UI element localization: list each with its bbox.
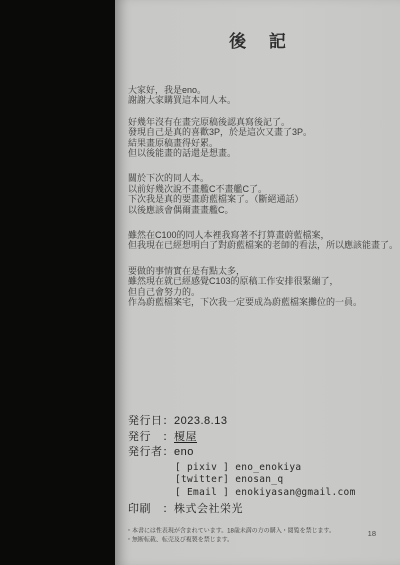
- contact-twitter: [twitter] enosan_q: [175, 474, 392, 487]
- disclaimer-note: ・本書には性表現が含まれています。18歳未満の方の購入・閲覧を禁じます。: [126, 527, 367, 535]
- colophon-label: 発行日：: [128, 414, 174, 430]
- page-title: 後 記: [115, 0, 400, 52]
- contact-pixiv: [ pixiv ] eno_enokiya: [175, 462, 392, 475]
- colophon-row-publish-date: 発行日：2023.8.13: [128, 414, 392, 430]
- scan-border-left: [0, 0, 115, 565]
- paragraph: 關於下次的同人本。 以前好幾次說不畫艦C不畫艦C了。 下次我是真的要畫蔚藍檔案了…: [128, 173, 392, 215]
- colophon-label: 発行 ：: [128, 430, 174, 446]
- text-line: 作為蔚藍檔案宅，下次我一定要成為蔚藍檔案攤位的一員。: [128, 297, 392, 307]
- contact-list: [ pixiv ] eno_enokiya [twitter] enosan_q…: [175, 462, 392, 500]
- text-line: 關於下次的同人本。: [128, 173, 392, 183]
- colophon-value: 株式会社栄光: [174, 502, 243, 518]
- colophon: 発行日：2023.8.13 発行 ：榎屋 発行者：eno [ pixiv ] e…: [128, 414, 392, 518]
- text-line: 要做的事情實在是有點太多，: [128, 266, 392, 276]
- text-line: 雖然在C100的同人本裡我寫著不打算畫蔚藍檔案，: [128, 230, 392, 240]
- colophon-row-printer: 印刷 ：株式会社栄光: [128, 502, 392, 518]
- footer-disclaimer: ・本書には性表現が含まれています。18歳未満の方の購入・閲覧を禁じます。 ・無断…: [126, 527, 388, 545]
- text-line: 但自己會努力的。: [128, 287, 392, 297]
- text-line: 好幾年沒有在畫完原稿後認真寫後記了。: [128, 117, 392, 127]
- paragraph: 大家好，我是eno。 謝謝大家購買這本同人本。: [128, 85, 392, 106]
- paragraph: 雖然在C100的同人本裡我寫著不打算畫蔚藍檔案， 但我現在已經想明白了對蔚藍檔案…: [128, 230, 392, 251]
- paragraph: 好幾年沒有在畫完原稿後認真寫後記了。 發現自己是真的喜歡3P，於是這次又畫了3P…: [128, 117, 392, 159]
- page-number: 18: [368, 529, 376, 538]
- text-line: 謝謝大家購買這本同人本。: [128, 95, 392, 105]
- contact-email: [ Email ] enokiyasan@gmail.com: [175, 487, 392, 500]
- disclaimer-note: ・無断転載、転売及び複製を禁じます。: [126, 536, 367, 544]
- colophon-row-author: 発行者：eno: [128, 445, 392, 461]
- colophon-label: 発行者：: [128, 445, 174, 461]
- text-line: 以前好幾次說不畫艦C不畫艦C了。: [128, 184, 392, 194]
- colophon-value: 榎屋: [174, 430, 197, 446]
- scanned-afterword-page: 後 記 大家好，我是eno。 謝謝大家購買這本同人本。 好幾年沒有在畫完原稿後認…: [0, 0, 400, 565]
- colophon-label: 印刷 ：: [128, 502, 174, 518]
- colophon-value: eno: [174, 445, 194, 461]
- text-line: 大家好，我是eno。: [128, 85, 392, 95]
- text-line: 發現自己是真的喜歡3P，於是這次又畫了3P。: [128, 127, 392, 137]
- text-line: 雖然現在就已經感覺C103的原稿工作安排很緊繃了，: [128, 276, 392, 286]
- text-line: 但以後能畫的話還是想畫。: [128, 148, 392, 158]
- paragraph: 要做的事情實在是有點太多， 雖然現在就已經感覺C103的原稿工作安排很緊繃了， …: [128, 266, 392, 308]
- text-line: 結果畫原稿畫得好累。: [128, 138, 392, 148]
- text-line: 以後應該會偶爾畫畫艦C。: [128, 205, 392, 215]
- colophon-row-publisher: 発行 ：榎屋: [128, 430, 392, 446]
- text-line: 下次我是真的要畫蔚藍檔案了。（斷絕通話）: [128, 194, 392, 204]
- text-line: 但我現在已經想明白了對蔚藍檔案的老師的看法，所以應該能畫了。: [128, 240, 392, 250]
- afterword-body: 大家好，我是eno。 謝謝大家購買這本同人本。 好幾年沒有在畫完原稿後認真寫後記…: [115, 52, 400, 308]
- colophon-value: 2023.8.13: [174, 414, 227, 430]
